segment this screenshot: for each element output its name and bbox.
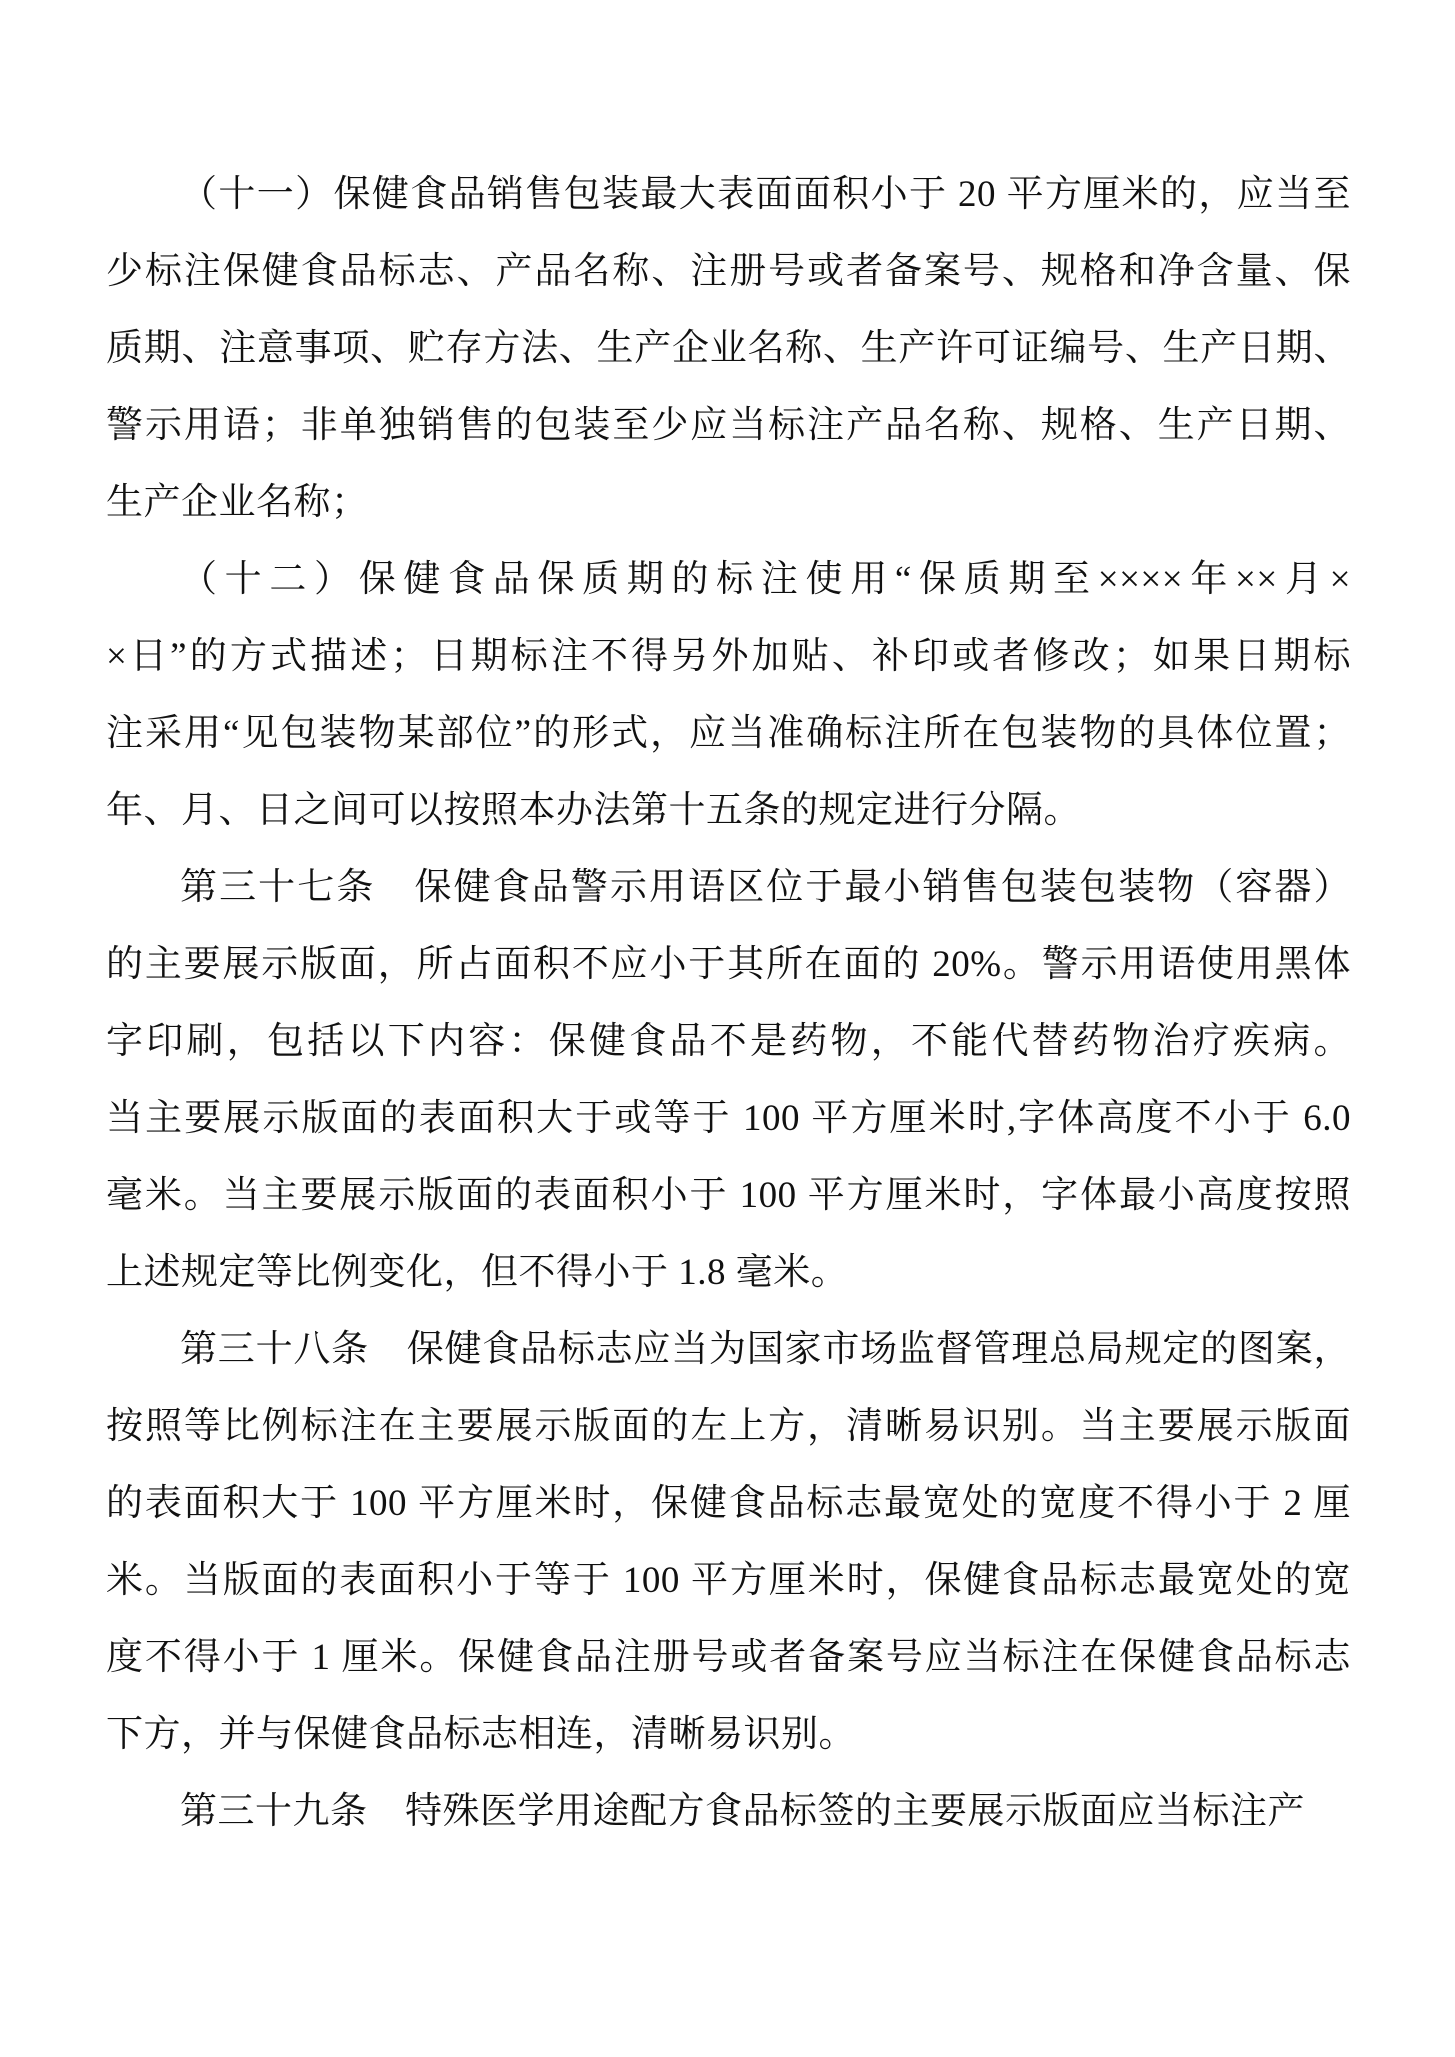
- text-line: 毫米。当主要展示版面的表面积小于 100 平方厘米时，字体最小高度按照: [106, 1157, 1351, 1234]
- document-page: （十一）保健食品销售包装最大表面面积小于 20 平方厘米的，应当至 少标注保健食…: [0, 0, 1455, 2057]
- text-line: （十一）保健食品销售包装最大表面面积小于 20 平方厘米的，应当至: [106, 156, 1351, 233]
- text-line: 米。当版面的表面积小于等于 100 平方厘米时，保健食品标志最宽处的宽: [106, 1542, 1351, 1619]
- text-line: 度不得小于 1 厘米。保健食品注册号或者备案号应当标注在保健食品标志: [106, 1619, 1351, 1696]
- text-line: 的表面积大于 100 平方厘米时，保健食品标志最宽处的宽度不得小于 2 厘: [106, 1465, 1351, 1542]
- text-line: 第三十八条 保健食品标志应当为国家市场监督管理总局规定的图案，: [106, 1311, 1351, 1388]
- document-body: （十一）保健食品销售包装最大表面面积小于 20 平方厘米的，应当至 少标注保健食…: [106, 156, 1351, 1850]
- text-line: ×日”的方式描述；日期标注不得另外加贴、补印或者修改；如果日期标: [106, 618, 1351, 695]
- text-line: 第三十九条 特殊医学用途配方食品标签的主要展示版面应当标注产: [106, 1773, 1351, 1850]
- text-line: 上述规定等比例变化，但不得小于 1.8 毫米。: [106, 1234, 1351, 1311]
- text-line: 少标注保健食品标志、产品名称、注册号或者备案号、规格和净含量、保: [106, 233, 1351, 310]
- paragraph-article-37: 第三十七条 保健食品警示用语区位于最小销售包装包装物（容器） 的主要展示版面，所…: [106, 849, 1351, 1311]
- text-line: 当主要展示版面的表面积大于或等于 100 平方厘米时,字体高度不小于 6.0: [106, 1080, 1351, 1157]
- text-line: 生产企业名称；: [106, 464, 1351, 541]
- text-line: 年、月、日之间可以按照本办法第十五条的规定进行分隔。: [106, 772, 1351, 849]
- paragraph-article-39: 第三十九条 特殊医学用途配方食品标签的主要展示版面应当标注产: [106, 1773, 1351, 1850]
- text-line: （十二）保健食品保质期的标注使用“保质期至××××年××月×: [106, 541, 1351, 618]
- text-line: 质期、注意事项、贮存方法、生产企业名称、生产许可证编号、生产日期、: [106, 310, 1351, 387]
- text-line: 字印刷，包括以下内容：保健食品不是药物，不能代替药物治疗疾病。: [106, 1003, 1351, 1080]
- text-line: 警示用语；非单独销售的包装至少应当标注产品名称、规格、生产日期、: [106, 387, 1351, 464]
- paragraph-article-38: 第三十八条 保健食品标志应当为国家市场监督管理总局规定的图案， 按照等比例标注在…: [106, 1311, 1351, 1773]
- text-line: 的主要展示版面，所占面积不应小于其所在面的 20%。警示用语使用黑体: [106, 926, 1351, 1003]
- paragraph-item-11: （十一）保健食品销售包装最大表面面积小于 20 平方厘米的，应当至 少标注保健食…: [106, 156, 1351, 541]
- text-line: 第三十七条 保健食品警示用语区位于最小销售包装包装物（容器）: [106, 849, 1351, 926]
- paragraph-item-12: （十二）保健食品保质期的标注使用“保质期至××××年××月× ×日”的方式描述；…: [106, 541, 1351, 849]
- text-line: 下方，并与保健食品标志相连，清晰易识别。: [106, 1696, 1351, 1773]
- text-line: 按照等比例标注在主要展示版面的左上方，清晰易识别。当主要展示版面: [106, 1388, 1351, 1465]
- text-line: 注采用“见包装物某部位”的形式，应当准确标注所在包装物的具体位置；: [106, 695, 1351, 772]
